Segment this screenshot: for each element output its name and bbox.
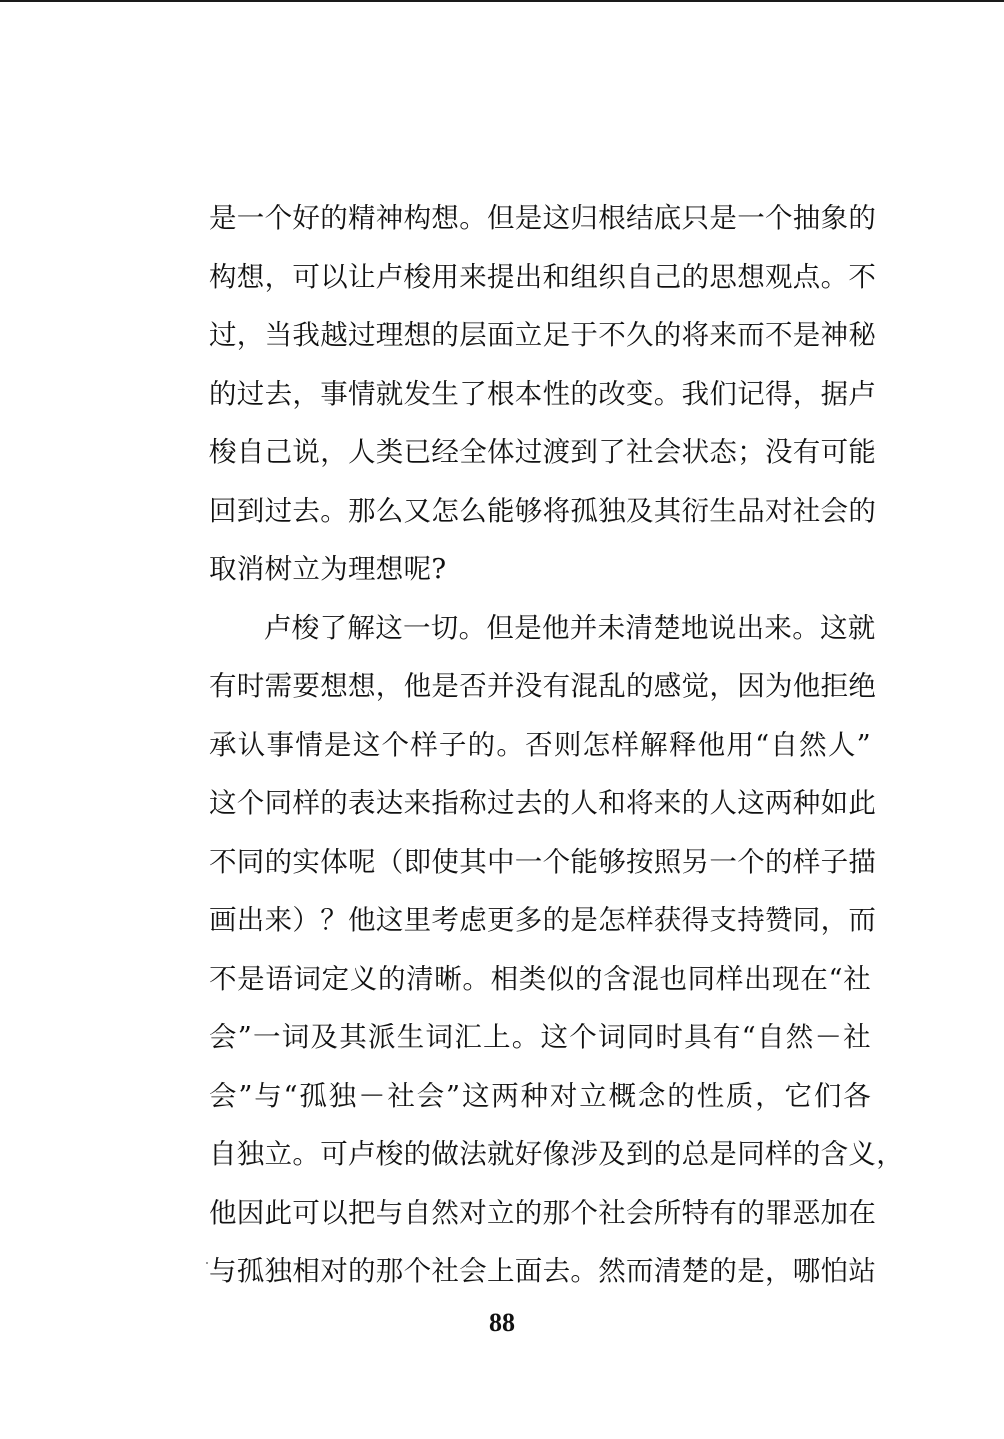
text-line: 与孤独相对的那个社会上面去。然而清楚的是，哪怕站 bbox=[209, 1245, 871, 1304]
top-border-rule bbox=[0, 0, 1004, 2]
paragraph-1: 是一个好的精神构想。但是这归根结底只是一个抽象的 构想，可以让卢梭用来提出和组织… bbox=[209, 192, 871, 602]
paragraph-2: 卢梭了解这一切。但是他并未清楚地说出来。这就 有时需要想想，他是否并没有混乱的感… bbox=[209, 602, 871, 1304]
text-line: 过，当我越过理想的层面立足于不久的将来而不是神秘 bbox=[209, 309, 871, 368]
text-line: 回到过去。那么又怎么能够将孤独及其衍生品对社会的 bbox=[209, 485, 871, 544]
text-line: 自独立。可卢梭的做法就好像涉及到的总是同样的含义， bbox=[209, 1128, 871, 1187]
text-line: 会”一词及其派生词汇上。这个词同时具有“自然－社 bbox=[209, 1011, 871, 1070]
text-line: 的过去，事情就发生了根本性的改变。我们记得，据卢 bbox=[209, 368, 871, 427]
text-line: 不是语词定义的清晰。相类似的含混也同样出现在“社 bbox=[209, 953, 871, 1012]
text-line: 是一个好的精神构想。但是这归根结底只是一个抽象的 bbox=[209, 192, 871, 251]
text-line: 这个同样的表达来指称过去的人和将来的人这两种如此 bbox=[209, 777, 871, 836]
page-number: 88 bbox=[0, 1308, 1004, 1338]
text-line: 会”与“孤独－社会”这两种对立概念的性质，它们各 bbox=[209, 1070, 871, 1129]
text-line: 承认事情是这个样子的。否则怎样解释他用“自然人” bbox=[209, 719, 871, 778]
text-line: 画出来）？他这里考虑更多的是怎样获得支持赞同，而 bbox=[209, 894, 871, 953]
text-line: 有时需要想想，他是否并没有混乱的感觉，因为他拒绝 bbox=[209, 660, 871, 719]
text-line: 不同的实体呢（即使其中一个能够按照另一个的样子描 bbox=[209, 836, 871, 895]
text-line: 他因此可以把与自然对立的那个社会所特有的罪恶加在 bbox=[209, 1187, 871, 1246]
text-line: 取消树立为理想呢? bbox=[209, 543, 871, 602]
page-body-text: 是一个好的精神构想。但是这归根结底只是一个抽象的 构想，可以让卢梭用来提出和组织… bbox=[209, 192, 871, 1304]
text-line: 构想，可以让卢梭用来提出和组织自己的思想观点。不 bbox=[209, 251, 871, 310]
scan-speck bbox=[206, 1262, 208, 1264]
text-line: 卢梭了解这一切。但是他并未清楚地说出来。这就 bbox=[209, 602, 871, 661]
text-line: 梭自己说，人类已经全体过渡到了社会状态；没有可能 bbox=[209, 426, 871, 485]
